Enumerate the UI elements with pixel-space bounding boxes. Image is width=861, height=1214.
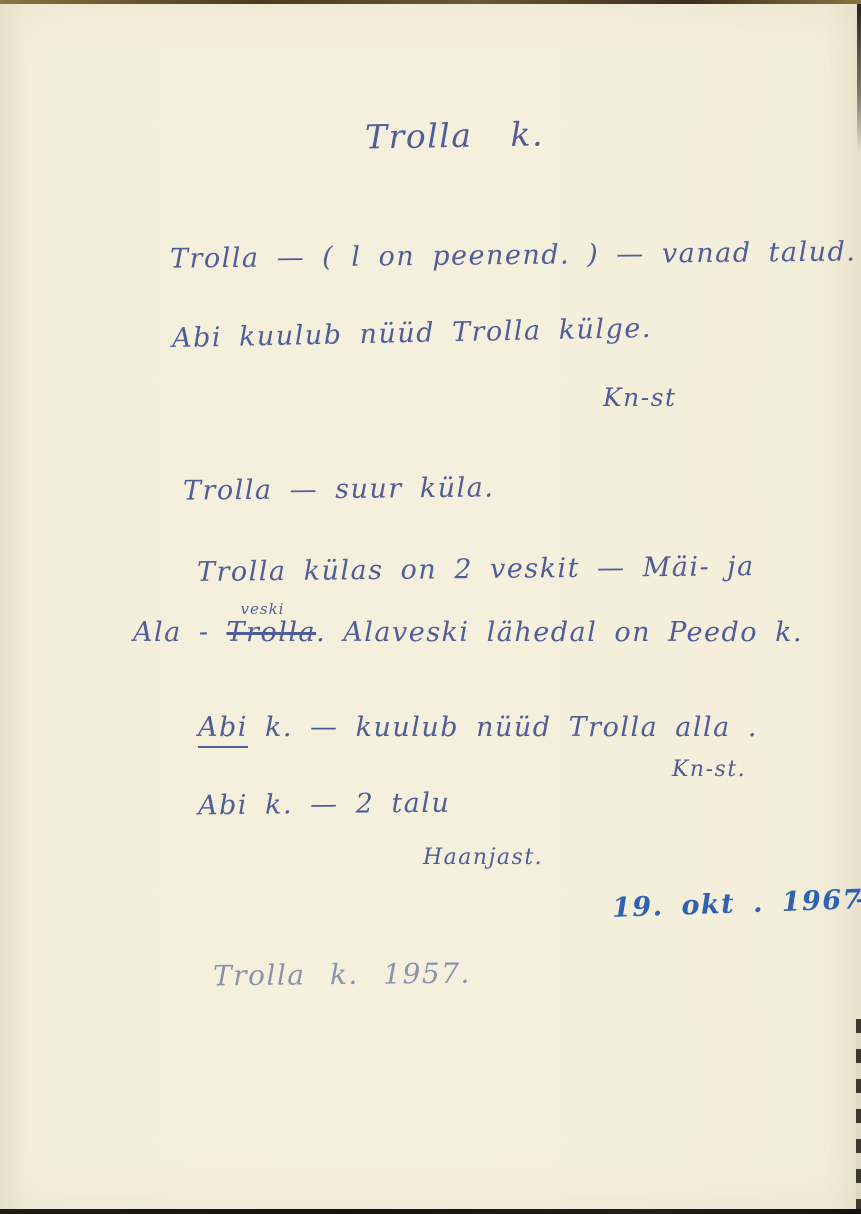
note-line-7: Abi k. — 2 talu xyxy=(198,788,451,823)
note-line-1: Trolla — ( l on peenend. ) — vanad talud… xyxy=(170,236,857,276)
source-attribution-2: Kn-st. xyxy=(672,757,746,783)
note-line-3: Trolla — suur küla. xyxy=(183,472,495,508)
scan-edge-right-upper xyxy=(857,4,861,154)
date-text: 19. okt . 1967 xyxy=(612,884,861,924)
scan-edge-right-lower xyxy=(856,1019,861,1209)
note-line-5: Ala - Trollaveski. Alaveski lähedal on P… xyxy=(133,617,803,649)
inserted-correction: veski xyxy=(241,600,285,618)
pen-flourish-stroke xyxy=(857,896,861,902)
struck-word: Trolla xyxy=(227,617,317,648)
struck-word-wrap: Trollaveski xyxy=(227,617,317,649)
note-line-6-rest: k. — kuulub nüüd Trolla alla . xyxy=(248,712,758,743)
date-note: 19. okt . 1967 xyxy=(612,883,861,925)
scan-edge-top xyxy=(0,0,861,4)
note-line-5-rest: . Alaveski lähedal on Peedo k. xyxy=(316,617,803,648)
scan-edge-bottom xyxy=(0,1209,861,1214)
note-line-4: Trolla külas on 2 veskit — Mäi- ja xyxy=(197,551,755,589)
note-line-6: Abi k. — kuulub nüüd Trolla alla . xyxy=(198,712,758,744)
note-line-9: Trolla k. 1957. xyxy=(213,957,471,993)
note-line-5-prefix: Ala - xyxy=(133,617,227,648)
scanned-manuscript-page: Trolla k. Trolla — ( l on peenend. ) — v… xyxy=(0,0,861,1214)
note-line-8: Haanjast. xyxy=(423,845,543,871)
underlined-word: Abi xyxy=(198,712,248,748)
source-attribution-1: Kn-st xyxy=(603,383,677,413)
note-line-2: Abi kuulub nüüd Trolla külge. xyxy=(172,313,652,355)
page-title: Trolla k. xyxy=(365,114,545,157)
